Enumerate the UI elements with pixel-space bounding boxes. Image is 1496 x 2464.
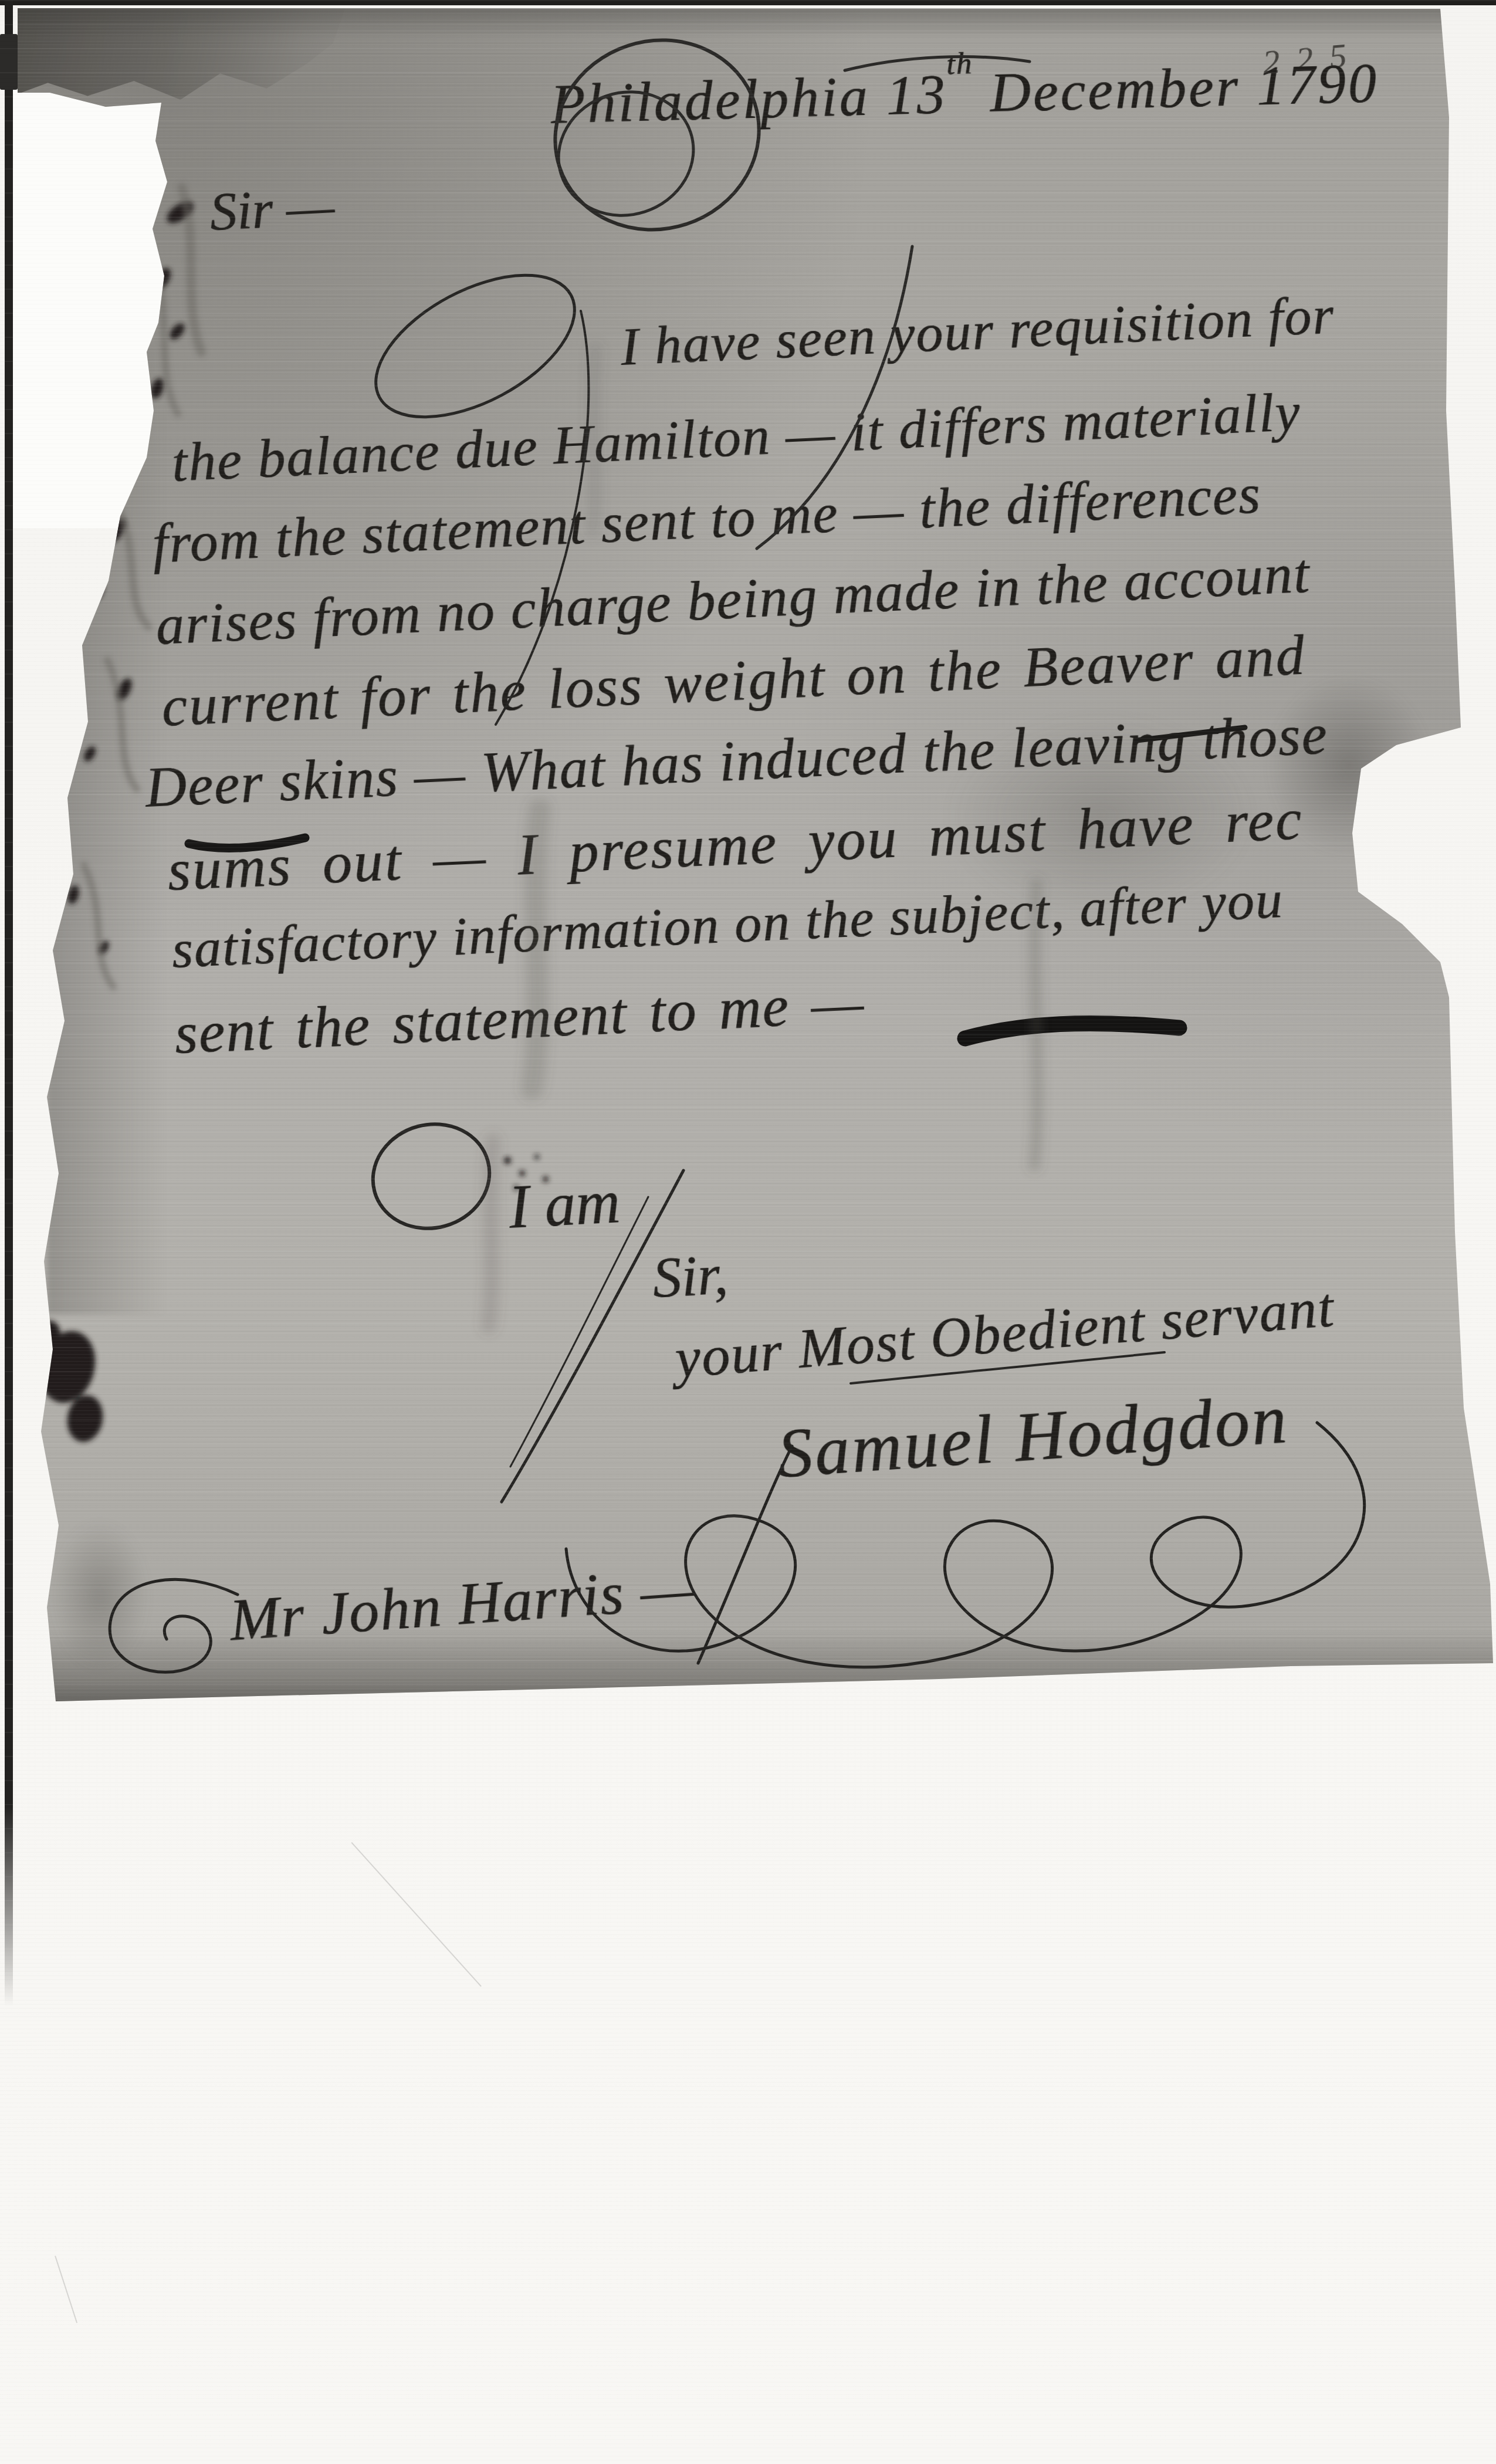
scanner-left-tab [0, 34, 18, 90]
closing-servant: your Most Obedient servant [673, 1279, 1336, 1387]
addressee: Mr John Harris — [228, 1559, 696, 1651]
closing-i-am: I am [507, 1170, 622, 1238]
scanner-left-edge [5, 0, 13, 2006]
salutation: Sir — [208, 178, 336, 239]
shadow-top-edge [15, 6, 1493, 38]
body-line-9: sent the statement to me — [173, 973, 865, 1063]
dateline-ordinal: th [946, 46, 973, 81]
emphasis-dash [965, 1023, 1179, 1038]
signature: Samuel Hodgdon [776, 1384, 1291, 1489]
scanner-top-edge [0, 0, 1496, 5]
dateline-day: 13 [885, 62, 948, 127]
dateline-month-year: December 1790 [989, 51, 1379, 124]
dateline-place: Philadelphia [550, 65, 871, 136]
letter-paper: 225 Philadelphia 13th December 1790 Sir … [15, 6, 1493, 1704]
stain-bottom-left [35, 1496, 164, 1695]
dateline: Philadelphia 13th December 1790 [550, 55, 1379, 133]
scanned-letter-page: 225 Philadelphia 13th December 1790 Sir … [0, 0, 1496, 2464]
stain-top-left [15, 6, 346, 100]
body-line-1: I have seen your requisition for [620, 287, 1336, 374]
closing-sir: Sir, [651, 1245, 729, 1307]
flourish-body-capital-i [353, 246, 597, 725]
flourish-addressee-spiral [110, 1579, 238, 1672]
scan-scratch-mark-2 [55, 2256, 77, 2323]
scan-scratch-mark [351, 1842, 482, 1987]
